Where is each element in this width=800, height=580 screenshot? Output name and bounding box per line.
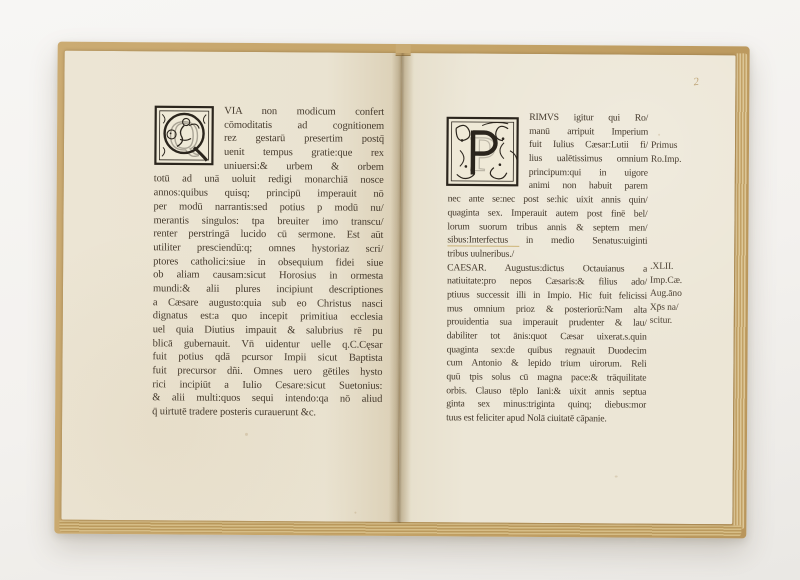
page-fore-edge-right bbox=[733, 53, 747, 529]
text-line: principum:qui in uigore bbox=[529, 166, 648, 181]
foxing-spot bbox=[615, 475, 618, 477]
margin-note-line: Aug.āno bbox=[650, 288, 722, 302]
text-line: orbis. Clauso tēplo Iani:& uixit annis s… bbox=[446, 384, 646, 399]
text-line: quaginta sex:de quibus regnauit Duodecim bbox=[447, 343, 647, 358]
margin-note-line: .XLII. bbox=[650, 261, 722, 275]
text-line: lius ualētissimus omnium bbox=[529, 152, 648, 167]
margin-note-line: scitur. bbox=[650, 315, 722, 329]
left-page-text-block: VIA non modicum confertcōmoditatis ad co… bbox=[152, 104, 384, 420]
text-line: q̄ uirtutē tradere posteris curauerunt &… bbox=[152, 405, 382, 420]
margin-note-line: Imp.Cæ. bbox=[650, 274, 722, 288]
margin-note-anno-xlii: .XLII.Imp.Cæ.Aug.ānoXp̄s na/scitur. bbox=[650, 261, 722, 329]
book-photograph: Q VIA non modicum confertcōmoditatis ad … bbox=[0, 0, 800, 580]
text-line: uenit tempus gratie:que rex bbox=[224, 146, 384, 161]
text-line: cum Antonio & lepido trium uirorum. Reli bbox=[446, 357, 646, 372]
book: Q VIA non modicum confertcōmoditatis ad … bbox=[54, 42, 749, 539]
foxing-spot bbox=[245, 433, 248, 436]
folio-number-handwritten: 2 bbox=[693, 76, 700, 89]
text-line: uniuersi:& urbem & orbem bbox=[224, 160, 384, 175]
text-line: nec ante se:nec post se:hic uixit annis … bbox=[448, 192, 648, 207]
text-line: prouidentia sua imperauit prudenter & la… bbox=[447, 316, 647, 331]
text-line: VIA non modicum confert bbox=[224, 105, 384, 120]
text-line: animi non habuit parem bbox=[529, 179, 648, 194]
text-line: ptiuus successit illi in Impio. Hic fuit… bbox=[447, 288, 647, 303]
margin-note-line: Ro.Imp. bbox=[651, 153, 723, 167]
margin-note-line: Xp̄s na/ bbox=[650, 302, 722, 316]
text-line: ginta sex minus:triginta quinq; diebus:m… bbox=[446, 398, 646, 413]
text-line: dabiliter tot ānis:quot Cæsar uixerat.s.… bbox=[447, 329, 647, 344]
foxing-spot bbox=[354, 512, 356, 514]
text-line: cōmoditatis ad cognitionem bbox=[224, 118, 384, 133]
text-line: lorum suorum tribus annis & septem men/ bbox=[447, 220, 647, 235]
text-line: tuus est feliciter apud Nolā ciuitatē cā… bbox=[446, 411, 646, 426]
text-line: manū arripuit Imperium bbox=[529, 125, 648, 140]
text-line: mus omnium prioz & posteriorū:Nam alta bbox=[447, 302, 647, 317]
text-line: quaginta sex. Imperauit autem post finē … bbox=[447, 206, 647, 221]
text-line: RIMVS igitur qui Ro/ bbox=[529, 111, 648, 126]
text-line: natiuitate:pro nepos Cæsaris:& filius ad… bbox=[447, 275, 647, 290]
text-line: fuit Iulius Cæsar:Lutii fi/ bbox=[529, 138, 648, 153]
book-gutter bbox=[388, 53, 413, 523]
text-line: rez gestarū presertim postq̄ bbox=[224, 132, 384, 147]
text-line: sibus:Interfectus in medio Senatus:uigin… bbox=[447, 234, 647, 249]
foxing-spot bbox=[658, 134, 660, 136]
text-line: tribus uulneribus./ bbox=[447, 247, 647, 262]
text-line: quū tpis solus cū magna pace:& trāquilit… bbox=[446, 370, 646, 385]
margin-note-primus: PrimusRo.Imp. bbox=[651, 140, 723, 168]
right-page-text-block: RIMVS igitur qui Ro/manū arripuit Imperi… bbox=[446, 110, 648, 426]
margin-note-line: Primus bbox=[651, 140, 723, 154]
text-line: CAESAR. Augustus:dictus Octauianus a bbox=[447, 261, 647, 276]
